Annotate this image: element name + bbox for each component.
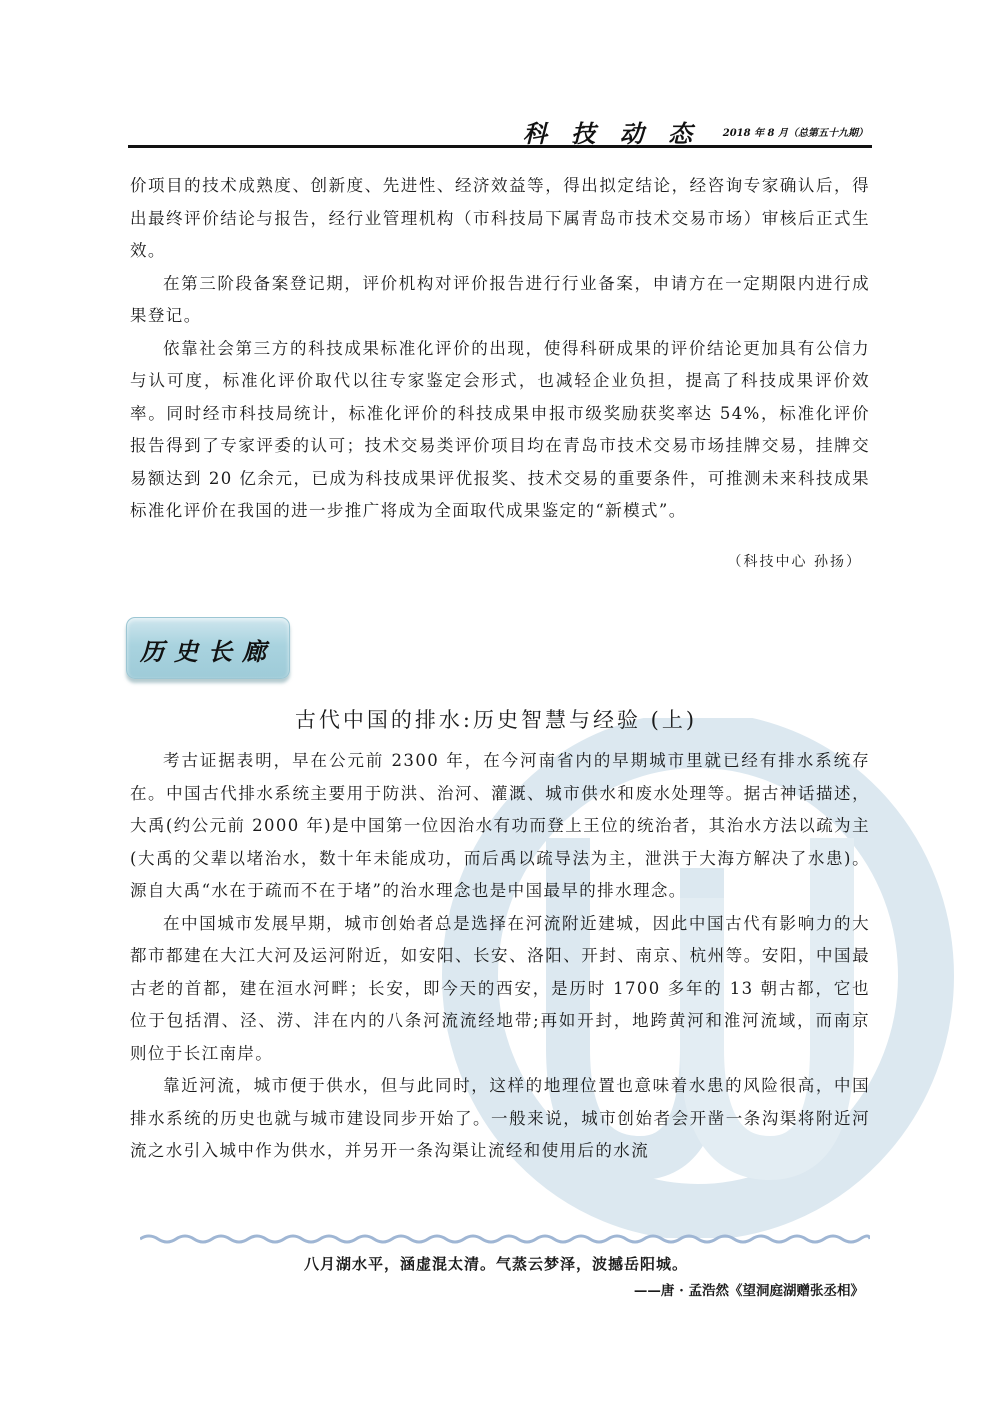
article-body: 考古证据表明，早在公元前 2300 年，在今河南省内的早期城市里就已经有排水系统… [130,745,870,1168]
section1-body: 价项目的技术成熟度、创新度、先进性、经济效益等，得出拟定结论，经咨询专家确认后，… [130,170,870,528]
journal-title: 科 技 动 态 [523,114,700,149]
paragraph: 靠近河流，城市便于供水，但与此同时，这样的地理位置也意味着水患的风险很高，中国排… [130,1070,870,1168]
byline: （科技中心 孙扬） [728,551,862,571]
poem-quote: 八月湖水平，涵虚混太清。气蒸云梦泽，波撼岳阳城。 [0,1253,992,1274]
section-tag: 历史长廊 [126,617,290,679]
wave-divider-icon [140,1233,870,1245]
article-title: 古代中国的排水:历史智慧与经验 (上) [0,704,992,734]
paragraph: 价项目的技术成熟度、创新度、先进性、经济效益等，得出拟定结论，经咨询专家确认后，… [130,170,870,268]
paragraph: 考古证据表明，早在公元前 2300 年，在今河南省内的早期城市里就已经有排水系统… [130,745,870,908]
paragraph: 依靠社会第三方的科技成果标准化评价的出现，使得科研成果的评价结论更加具有公信力与… [130,333,870,528]
section-tag-label: 历史长廊 [127,632,289,667]
issue-info: 2018 年 8 月（总第五十九期） [723,124,868,139]
paragraph: 在中国城市发展早期，城市创始者总是选择在河流附近建城，因此中国古代有影响力的大都… [130,908,870,1071]
poem-source: ——唐 · 孟浩然《望洞庭湖赠张丞相》 [634,1279,864,1299]
header-rule [128,145,872,148]
paragraph: 在第三阶段备案登记期，评价机构对评价报告进行行业备案，申请方在一定期限内进行成果… [130,268,870,333]
page-header: 科 技 动 态 2018 年 8 月（总第五十九期） [128,112,872,146]
